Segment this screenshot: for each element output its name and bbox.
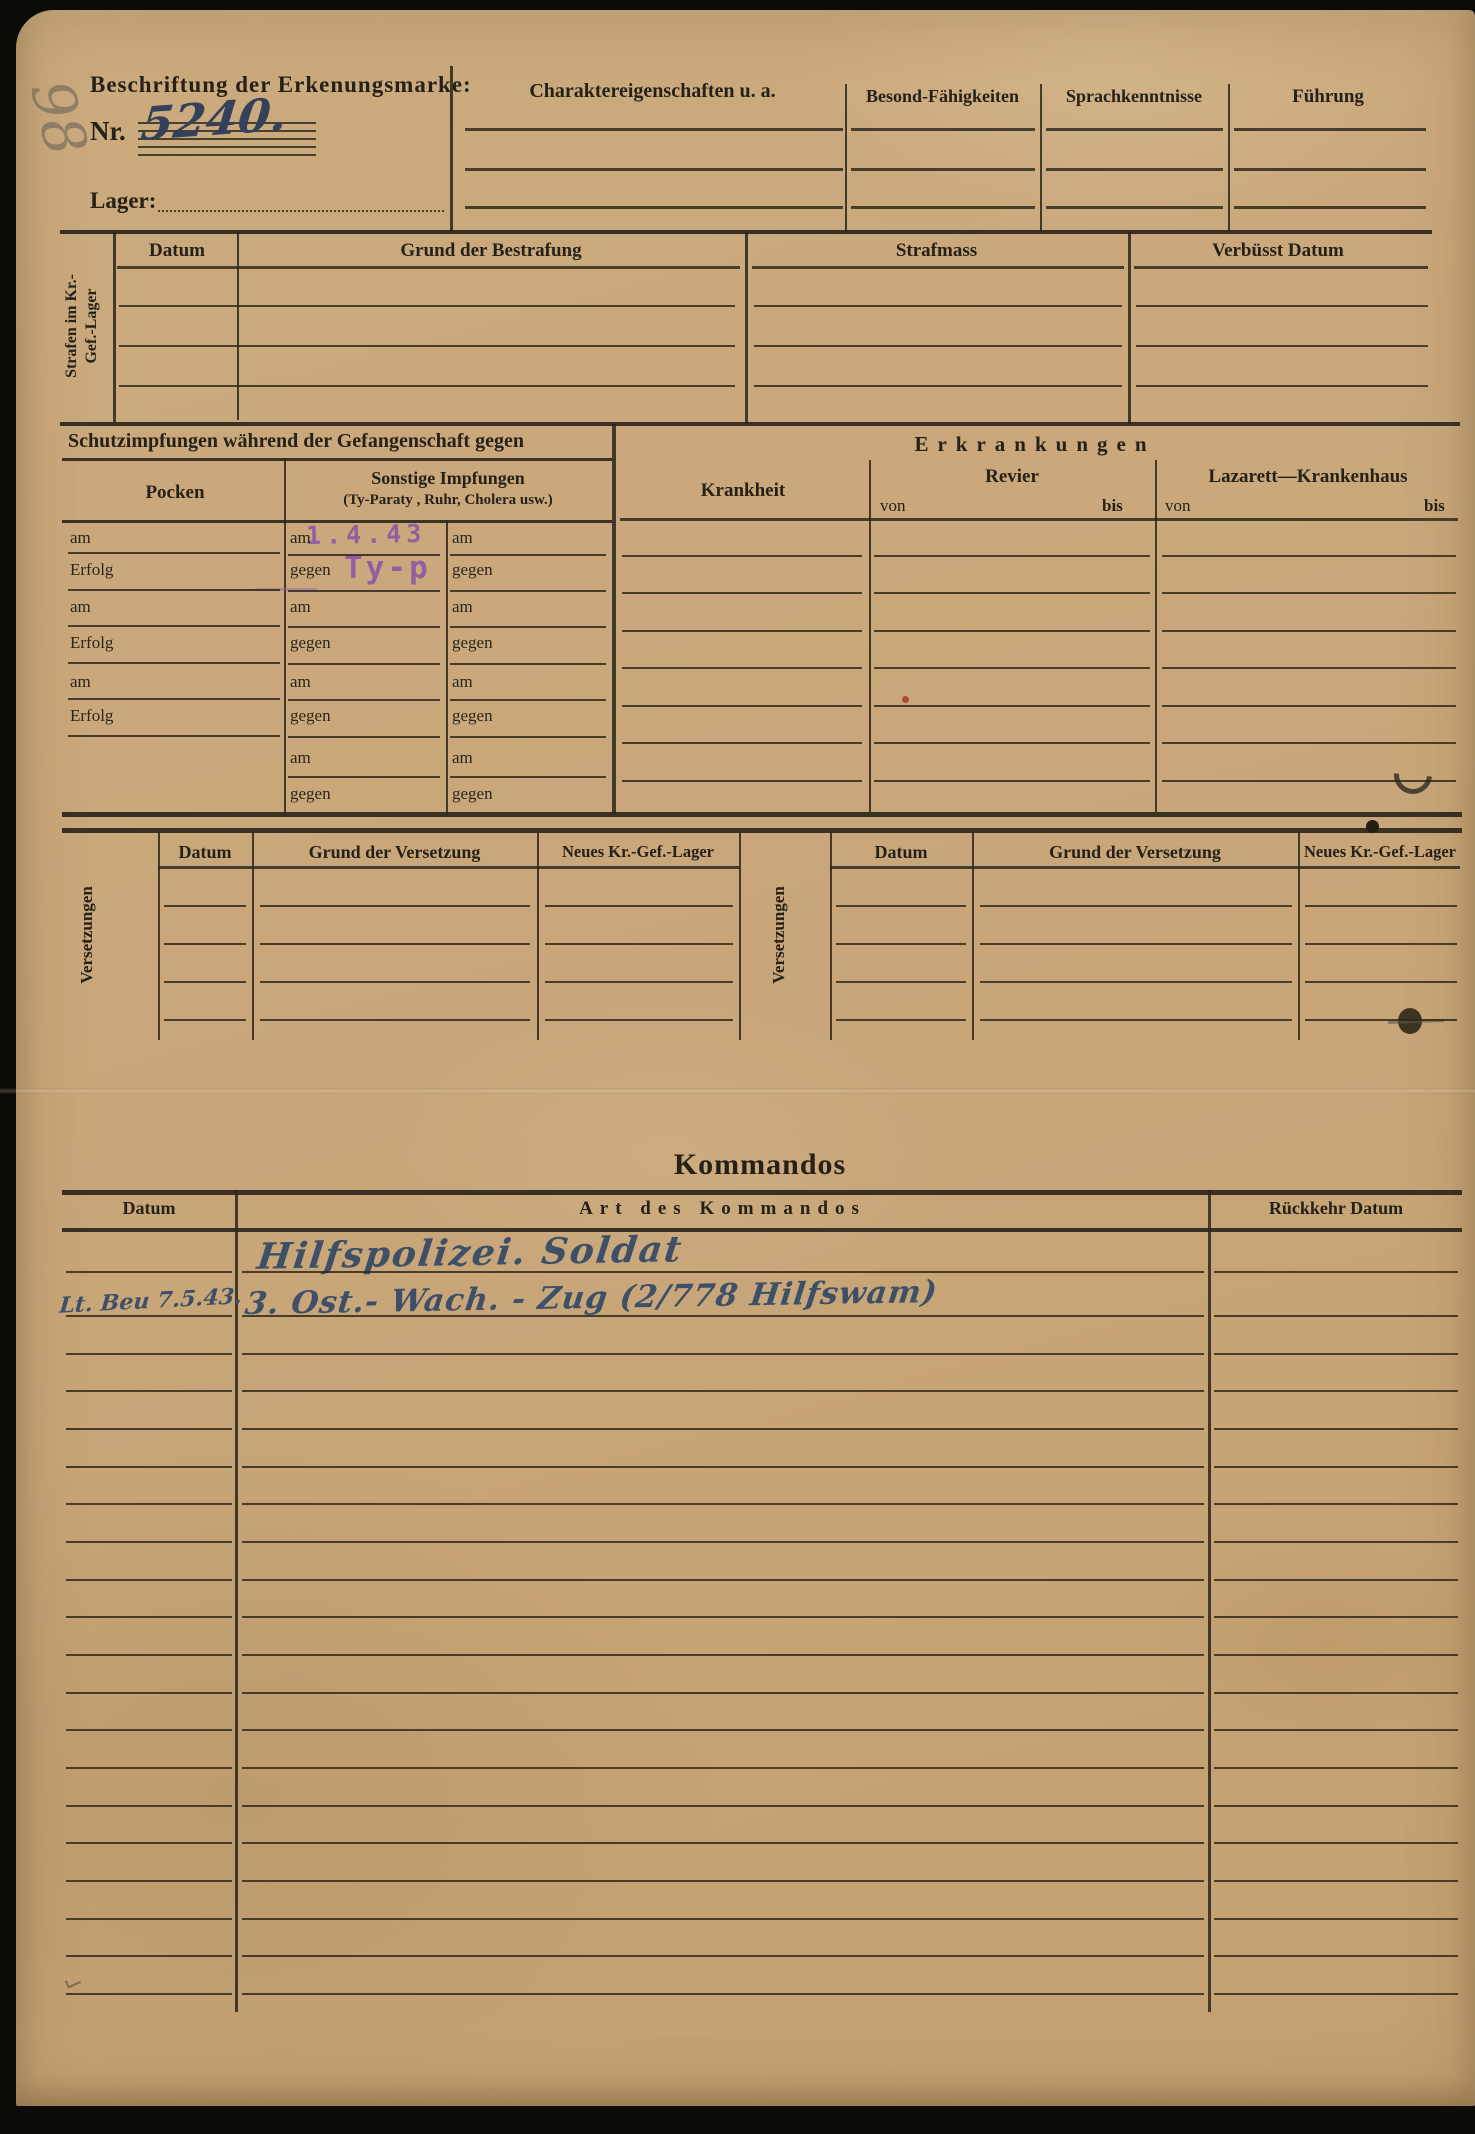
impfungen-row-label: am <box>452 597 473 617</box>
rule-line <box>66 1616 232 1618</box>
impfungen-row-label: Erfolg <box>70 633 113 653</box>
impfungen-row-label: gegen <box>452 706 493 726</box>
impfungen-row-label: Erfolg <box>70 706 113 726</box>
divider <box>972 832 974 1040</box>
kommandos-col-art: Art des Kommandos <box>240 1198 1205 1220</box>
impfungen-row-label: gegen <box>452 784 493 804</box>
rule-line <box>119 345 735 347</box>
rule-line <box>1305 905 1457 907</box>
impfungen-row-label: am <box>452 748 473 768</box>
fold-crease <box>0 1088 1475 1094</box>
rule-line <box>1214 1805 1458 1807</box>
rule-line <box>260 981 530 983</box>
rule-line <box>754 385 1122 387</box>
rule-line <box>1214 1692 1458 1694</box>
rule-line <box>66 1805 232 1807</box>
strafen-side-label: Strafen im Kr.- Gef.-Lager <box>62 231 104 421</box>
rule-line <box>260 1019 530 1021</box>
impfungen-title: Schutzimpfungen während der Gefangenscha… <box>68 430 524 453</box>
rule-line <box>1214 1428 1458 1430</box>
impfungen-row-label: am <box>70 528 91 548</box>
impfungen-rule-line <box>288 626 440 628</box>
header-underline <box>1134 266 1428 269</box>
rule-line <box>1214 1503 1458 1505</box>
rule-line <box>754 305 1122 307</box>
rule-line <box>164 943 246 945</box>
rule-line <box>622 780 862 782</box>
impfungen-rule-line <box>68 552 280 554</box>
col-charakter: Charaktereigenschaften u. a. <box>460 80 845 103</box>
rule-line <box>836 1019 966 1021</box>
divider-bold <box>612 424 616 814</box>
impfungen-col-sonstige-2: (Ty-Paraty , Ruhr, Cholera usw.) <box>286 492 610 509</box>
rule-line <box>242 1955 1204 1957</box>
rule-line <box>1162 667 1456 669</box>
rule-line <box>1214 1918 1458 1920</box>
lazarett-bis-label: bis <box>1424 496 1445 516</box>
header-underline <box>117 266 740 269</box>
rule-line <box>66 1315 232 1317</box>
divider <box>537 832 539 1040</box>
col-besond: Besond-Fähigkeiten <box>847 86 1038 107</box>
header-underline <box>62 1228 1462 1232</box>
impfungen-row-label: gegen <box>290 560 331 580</box>
rule-line <box>545 943 733 945</box>
rule-line <box>66 1271 232 1273</box>
rule-line <box>1136 305 1428 307</box>
rule-line <box>874 592 1150 594</box>
impfungen-row-label: am <box>70 597 91 617</box>
impfungen-rule-line <box>288 736 440 738</box>
rule-line <box>66 1993 232 1995</box>
rule-line <box>1234 128 1426 131</box>
strafen-side-label-2: Gef.-Lager <box>83 288 100 363</box>
pow-record-card-page: 98 Beschriftung der Erkenungsmarke: Nr. … <box>0 0 1475 2134</box>
rule-line <box>119 305 735 307</box>
col-sprach: Sprachkenntnisse <box>1042 86 1226 107</box>
rule-line <box>1234 168 1426 171</box>
lager-dotted-line <box>158 192 444 212</box>
divider <box>158 832 160 1040</box>
impfungen-rule-line <box>288 663 440 665</box>
impfungen-row-label: gegen <box>452 633 493 653</box>
rule-line <box>242 1541 1204 1543</box>
rule-line <box>66 1692 232 1694</box>
impfungen-row-label: am <box>70 672 91 692</box>
rule-line <box>1162 742 1456 744</box>
rule-line <box>66 1503 232 1505</box>
rule-line <box>1214 1390 1458 1392</box>
rule-line <box>465 206 843 209</box>
rule-line <box>1214 1729 1458 1731</box>
rule-line <box>545 981 733 983</box>
rule-line <box>242 1315 1204 1317</box>
impfungen-rule-line <box>450 590 606 592</box>
revier-von-label: von <box>880 496 906 516</box>
strafen-side-label-1: Strafen im Kr.- <box>63 274 80 378</box>
impfungen-rule-line <box>450 776 606 778</box>
rule-line <box>874 555 1150 557</box>
rule-line <box>1305 1019 1457 1021</box>
rule-line <box>622 555 862 557</box>
rule-line <box>242 1466 1204 1468</box>
rule-line <box>242 1579 1204 1581</box>
rule-line <box>1214 1271 1458 1273</box>
divider <box>869 460 871 812</box>
rule-line <box>66 1955 232 1957</box>
impfungen-rule-line <box>68 589 280 591</box>
rule-line <box>874 780 1150 782</box>
lager-label: Lager: <box>90 188 156 214</box>
rule-line <box>66 1353 232 1355</box>
impfungen-rule-line <box>68 662 280 664</box>
rule-line <box>622 705 862 707</box>
rule-line <box>851 168 1035 171</box>
rule-line <box>851 206 1035 209</box>
rule-line <box>1046 206 1223 209</box>
impfungen-col-sonstige-1: Sonstige Impfungen <box>286 468 610 489</box>
strafen-col-grund: Grund der Bestrafung <box>237 240 745 262</box>
rule-line <box>836 905 966 907</box>
rule-line <box>242 1918 1204 1920</box>
rule-line <box>465 168 843 171</box>
section-line <box>62 1190 1462 1195</box>
impfungen-title-underline <box>62 458 612 461</box>
rule-line <box>1214 1842 1458 1844</box>
versetzungen-r-col-neues: Neues Kr.-Gef.-Lager <box>1298 842 1462 862</box>
section-line <box>60 422 1460 426</box>
impfungen-rule-line <box>450 663 606 665</box>
rule-line <box>1214 1541 1458 1543</box>
red-ink-speck <box>902 696 909 703</box>
versetzungen-r-col-grund: Grund der Versetzung <box>972 842 1298 863</box>
rule-line <box>622 667 862 669</box>
impfungen-row-label: gegen <box>290 706 331 726</box>
rule-line <box>66 1729 232 1731</box>
rule-line <box>874 630 1150 632</box>
rule-line <box>66 1579 232 1581</box>
impfungen-rule-line <box>288 776 440 778</box>
impfungen-row-label: gegen <box>290 633 331 653</box>
header-underline <box>158 866 739 869</box>
erkrankungen-title: Erkrankungen <box>800 432 1270 457</box>
rule-line <box>66 1918 232 1920</box>
kommandos-title: Kommandos <box>535 1148 985 1182</box>
rule-line <box>66 1541 232 1543</box>
versetzungen-side-label-right: Versetzungen <box>769 850 791 1020</box>
rule-line <box>1214 1579 1458 1581</box>
rule-line <box>242 1271 1204 1273</box>
versetzungen-side-label-left: Versetzungen <box>77 850 99 1020</box>
punch-hole <box>1366 820 1379 833</box>
rule-line <box>66 1428 232 1430</box>
rule-line <box>242 1353 1204 1355</box>
rule-line <box>242 1654 1204 1656</box>
erkrankungen-col-krankheit: Krankheit <box>620 480 866 502</box>
rule-line <box>242 1616 1204 1618</box>
rule-line <box>260 905 530 907</box>
rule-line <box>836 981 966 983</box>
impfungen-col-pocken: Pocken <box>66 482 284 504</box>
impfungen-row-label: am <box>452 528 473 548</box>
divider <box>450 66 453 232</box>
divider <box>1298 832 1300 1040</box>
strafen-col-datum: Datum <box>117 240 237 262</box>
impfungen-row-label: am <box>290 597 311 617</box>
versetzungen-l-col-neues: Neues Kr.-Gef.-Lager <box>537 842 739 862</box>
rule-line <box>980 981 1292 983</box>
rule-line <box>66 1880 232 1882</box>
impfungen-rule-line <box>450 554 606 556</box>
versetzungen-l-col-datum: Datum <box>158 842 252 863</box>
divider <box>235 1190 238 2012</box>
versetzungen-l-col-grund: Grund der Versetzung <box>252 842 537 863</box>
rule-line <box>1214 1955 1458 1957</box>
impfungen-rule-line <box>288 554 440 556</box>
impfungen-rule-line <box>288 590 440 592</box>
rule-line <box>242 1842 1204 1844</box>
impfungen-rule-line <box>68 735 280 737</box>
rule-line <box>66 1767 232 1769</box>
rule-line <box>836 943 966 945</box>
rule-line <box>1214 1315 1458 1317</box>
col-fuehrung: Führung <box>1230 86 1426 108</box>
header-underline <box>830 866 1460 869</box>
rule-line <box>164 1019 246 1021</box>
impfungen-row-label: Erfolg <box>70 560 113 580</box>
rule-line <box>242 1729 1204 1731</box>
rule-line <box>242 1767 1204 1769</box>
divider <box>739 832 741 1040</box>
erkrankungen-col-lazarett: Lazarett—Krankenhaus <box>1158 466 1458 488</box>
rule-line <box>465 128 843 131</box>
divider <box>830 832 832 1040</box>
rule-line <box>66 1466 232 1468</box>
rule-line <box>66 1390 232 1392</box>
rule-line <box>1162 630 1456 632</box>
rule-line <box>242 1428 1204 1430</box>
rule-line <box>1162 592 1456 594</box>
rule-line <box>980 943 1292 945</box>
kommandos-col-rueckkehr: Rückkehr Datum <box>1212 1198 1460 1219</box>
rule-line <box>242 1390 1204 1392</box>
rule-line <box>1214 1993 1458 1995</box>
divider <box>446 520 448 814</box>
impfungen-row-label: gegen <box>452 560 493 580</box>
erkrankungen-col-revier: Revier <box>872 466 1152 488</box>
rule-line <box>1046 128 1223 131</box>
divider <box>1155 460 1157 812</box>
rule-line <box>119 385 735 387</box>
kommandos-col-datum: Datum <box>66 1198 232 1219</box>
impfungen-row-label: am <box>290 748 311 768</box>
strafen-col-verbuesst: Verbüsst Datum <box>1128 240 1428 262</box>
rule-line <box>980 1019 1292 1021</box>
strafen-col-strafmass: Strafmass <box>745 240 1128 262</box>
rule-line <box>1136 385 1428 387</box>
versetzungen-r-col-datum: Datum <box>830 842 972 863</box>
impfungen-row-label: am <box>290 672 311 692</box>
divider <box>252 832 254 1040</box>
rule-line <box>545 905 733 907</box>
impfungen-rule-line <box>68 698 280 700</box>
section-line <box>62 812 1462 817</box>
rule-line <box>874 705 1150 707</box>
nr-label: Nr. <box>90 116 126 147</box>
impfungen-row-label: am <box>290 528 311 548</box>
rule-line <box>242 1880 1204 1882</box>
rule-line <box>1162 780 1456 782</box>
rule-line <box>260 943 530 945</box>
rule-line <box>1214 1654 1458 1656</box>
rule-line <box>242 1993 1204 1995</box>
rule-line <box>851 128 1035 131</box>
divider <box>113 232 116 422</box>
rule-line <box>1214 1767 1458 1769</box>
rule-line <box>242 1692 1204 1694</box>
rule-line <box>754 345 1122 347</box>
rule-line <box>1136 345 1428 347</box>
impfungen-rule-line <box>450 699 606 701</box>
rule-line <box>622 592 862 594</box>
rule-line <box>1162 555 1456 557</box>
divider <box>284 458 286 814</box>
rule-line <box>1305 943 1457 945</box>
rule-line <box>545 1019 733 1021</box>
rule-line <box>1234 206 1426 209</box>
impfungen-rule-line <box>450 736 606 738</box>
vaccination-date-stamp: 1.4.43 <box>306 519 427 550</box>
impfungen-rule-line <box>450 626 606 628</box>
rule-line <box>1214 1880 1458 1882</box>
section-line <box>62 828 1462 833</box>
rule-line <box>242 1503 1204 1505</box>
revier-bis-label: bis <box>1102 496 1123 516</box>
rule-line <box>164 905 246 907</box>
rule-line <box>874 667 1150 669</box>
header-underline <box>752 266 1124 269</box>
lazarett-von-label: von <box>1165 496 1191 516</box>
rule-line <box>874 742 1150 744</box>
rule-line <box>1214 1353 1458 1355</box>
rule-line <box>1046 168 1223 171</box>
rule-line <box>1214 1616 1458 1618</box>
rule-line <box>164 981 246 983</box>
impfungen-row-label: am <box>452 672 473 692</box>
impfungen-row-label: gegen <box>290 784 331 804</box>
rule-line <box>1305 981 1457 983</box>
rule-line <box>66 1654 232 1656</box>
nr-value-handwritten: 5240. <box>138 87 289 151</box>
rule-line <box>622 630 862 632</box>
rule-line <box>1162 705 1456 707</box>
rule-line <box>66 1842 232 1844</box>
erkrankungen-header-underline <box>620 518 1458 521</box>
divider <box>1208 1190 1211 2012</box>
rule-line <box>622 742 862 744</box>
rule-line <box>242 1805 1204 1807</box>
rule-line <box>980 905 1292 907</box>
impfungen-rule-line <box>68 625 280 627</box>
rule-line <box>1214 1466 1458 1468</box>
impfungen-rule-line <box>288 699 440 701</box>
